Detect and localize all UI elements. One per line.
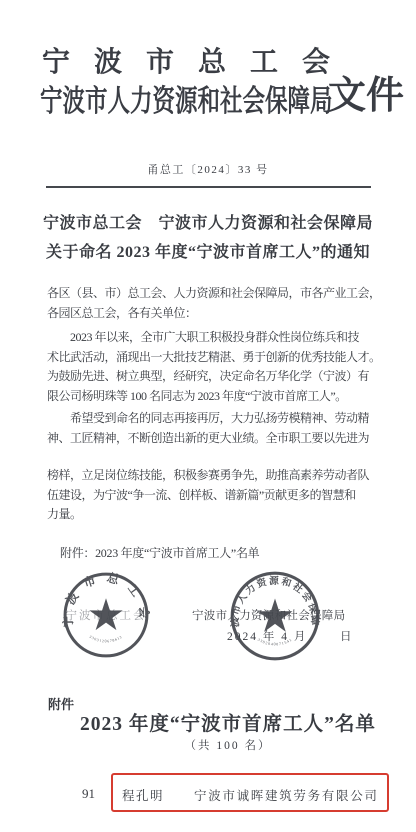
official-seal-left-icon: 宁波市总工会 3303120678612: [62, 571, 150, 659]
body-line: 各区（县、市）总工会、人力资源和社会保障局，市各产业工会，: [47, 284, 373, 304]
appendix-subtitle: （共 100 名）: [40, 737, 416, 753]
body-text: 各区（县、市）总工会、人力资源和社会保障局，市各产业工会，各园区总工会，各有关单…: [47, 284, 373, 525]
list-row-number: 91: [82, 786, 95, 802]
body-line: 限公司杨明珠等 100 名同志为 2023 年度“宁波市首席工人”。: [47, 387, 373, 407]
document-number: 甬总工〔2024〕33 号: [0, 161, 416, 177]
svg-text:3303120678612: 3303120678612: [89, 635, 124, 644]
list-row-name: 程孔明: [122, 786, 164, 804]
letterhead-doc-type: 文件: [328, 64, 404, 119]
body-line: 各园区总工会，各有关单位：: [47, 304, 373, 324]
document-title: 宁波市总工会 宁波市人力资源和社会保障局 关于命名 2023 年度“宁波市首席工…: [0, 210, 416, 267]
body-line: 2023 年以来，全市广大职工积极投身群众性岗位练兵和技: [47, 328, 373, 348]
body-line: 术比武活动，涌现出一大批技艺精湛、勇于创新的优秀技能人才。: [47, 348, 373, 368]
letterhead-org-2: 宁波市人力资源和社会保障局: [40, 76, 333, 120]
attachment-note: 附件：2023 年度“宁波市首席工人”名单: [60, 544, 259, 561]
seal-star-icon: [258, 599, 293, 632]
svg-text:3302040071541: 3302040071541: [257, 638, 293, 647]
official-seal-right-icon: 宁波市人力资源和社会保障局 3302040071541: [229, 570, 321, 662]
document-title-line-2: 关于命名 2023 年度“宁波市首席工人”的通知: [0, 239, 416, 268]
document-page: 宁波市总工会 宁波市人力资源和社会保障局 文件 甬总工〔2024〕33 号 宁波…: [0, 0, 416, 832]
body-line: 希望受到命名的同志再接再厉，大力弘扬劳模精神、劳动精: [47, 409, 373, 429]
body-line: 伍建设，为宁波“争一流、创样板、谱新篇”贡献更多的智慧和: [47, 486, 373, 506]
body-line: 力量。: [47, 505, 373, 525]
seal-star-icon: [89, 598, 122, 630]
signature-date-day: 日: [340, 628, 352, 644]
document-title-line-1: 宁波市总工会 宁波市人力资源和社会保障局: [0, 210, 416, 239]
letterhead-org-1: 宁波市总工会: [42, 40, 354, 80]
body-line: 榜样，立足岗位练技能，积极参赛勇争先，助推高素养劳动者队: [47, 466, 373, 486]
body-line: 神、工匠精神，不断创造出新的更大业绩。全市职工要以先进为: [47, 429, 373, 449]
body-line: 为鼓励先进、树立典型，经研究，决定命名万华化学（宁波）有: [47, 367, 373, 387]
letterhead-divider: [46, 186, 371, 188]
appendix-title: 2023 年度“宁波市首席工人”名单: [40, 708, 416, 736]
list-row-company: 宁波市诚晖建筑劳务有限公司: [194, 786, 379, 804]
